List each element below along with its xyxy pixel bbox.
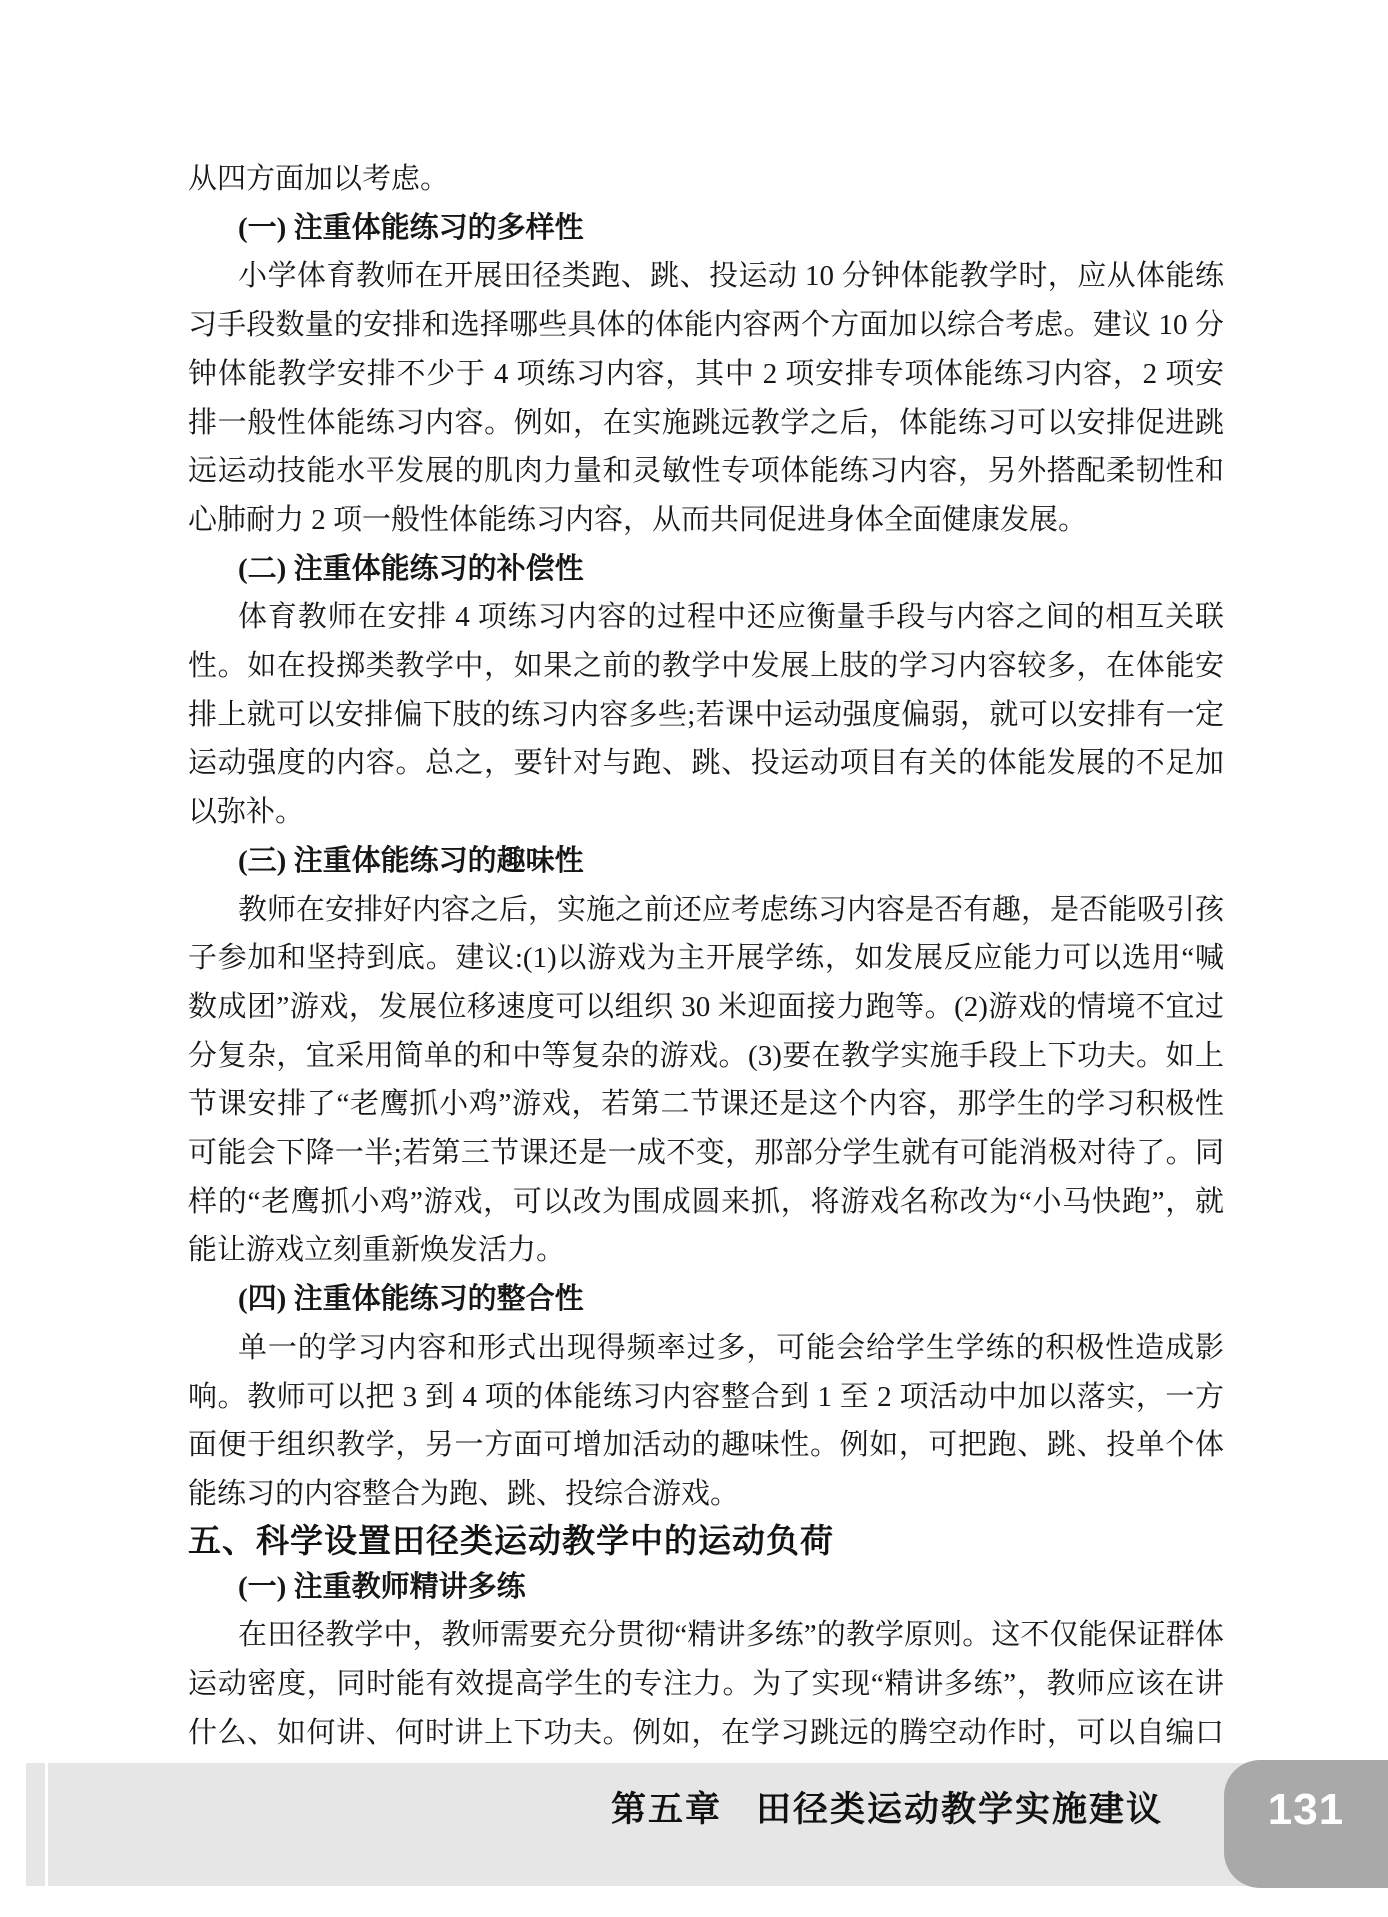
section-1-paragraph: 小学体育教师在开展田径类跑、跳、投运动 10 分钟体能教学时，应从体能练习手段数… xyxy=(188,252,1224,544)
section-2-paragraph: 体育教师在安排 4 项练习内容的过程中还应衡量手段与内容之间的相互关联性。如在投… xyxy=(188,593,1224,837)
section-4-paragraph: 单一的学习内容和形式出现得频率过多，可能会给学生学练的积极性造成影响。教师可以把… xyxy=(188,1324,1224,1519)
section-2-heading: (二) 注重体能练习的补偿性 xyxy=(188,545,1224,594)
section-3-paragraph: 教师在安排好内容之后，实施之前还应考虑练习内容是否有趣，是否能吸引孩子参加和坚持… xyxy=(188,886,1224,1276)
paragraph-continuation: 从四方面加以考虑。 xyxy=(188,155,1224,204)
chapter-section-heading: 五、科学设置田径类运动教学中的运动负荷 xyxy=(188,1519,1224,1563)
section-1-heading: (一) 注重体能练习的多样性 xyxy=(188,204,1224,253)
footer-chapter-line: 第五章田径类运动教学实施建议 xyxy=(611,1789,1163,1831)
footer-chapter-title: 田径类运动教学实施建议 xyxy=(756,1790,1163,1829)
page-number-block: 131 xyxy=(1224,1760,1388,1888)
book-page: 从四方面加以考虑。 (一) 注重体能练习的多样性 小学体育教师在开展田径类跑、跳… xyxy=(0,0,1388,1917)
subsection-1-heading: (一) 注重教师精讲多练 xyxy=(188,1563,1224,1612)
footer-chapter-label: 第五章 xyxy=(611,1790,722,1829)
page-number: 131 xyxy=(1268,1785,1344,1835)
section-3-heading: (三) 注重体能练习的趣味性 xyxy=(188,837,1224,886)
section-4-heading: (四) 注重体能练习的整合性 xyxy=(188,1275,1224,1324)
footer-left-strip xyxy=(26,1763,45,1886)
page-content: 从四方面加以考虑。 (一) 注重体能练习的多样性 小学体育教师在开展田径类跑、跳… xyxy=(188,155,1224,1806)
